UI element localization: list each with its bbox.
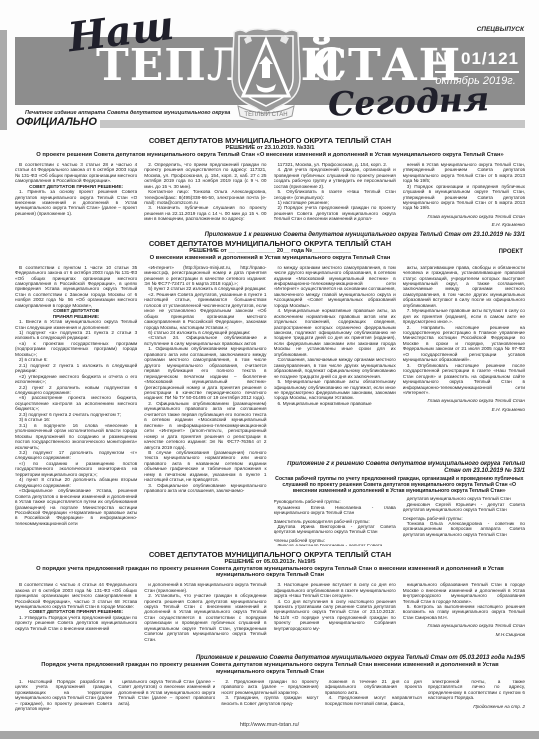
article-column: В соответствии с частью 4 статьи 44 Феде… xyxy=(15,582,137,652)
issue-number: № 01/121 xyxy=(435,49,519,73)
article-column: ложения в течение 21 дня со дня официаль… xyxy=(325,679,422,712)
appendix2-columns: Руководитель рабочей группы:Кузьменко Ел… xyxy=(274,496,526,545)
appendix-bottom-title: Порядок учета предложений граждан по про… xyxy=(35,662,505,676)
article3-header: СОВЕТ ДЕПУТАТОВ МУНИЦИПАЛЬНОГО ОКРУГА ТЕ… xyxy=(15,550,525,580)
article-column: В соответствии с пунктом 1 части 10 стат… xyxy=(15,265,137,546)
emblem-ribbon-text: ТЕПЛЫЙ СТАН xyxy=(244,110,287,118)
appendix2-applique: Приложение 2 к решению Совета депутатов … xyxy=(274,461,526,475)
issue-box: № 01/121 октябрь 2019г. xyxy=(435,49,519,87)
article-column: ципального округа Теплый Стан (далее – С… xyxy=(118,679,215,712)
article2-header: Приложение 1 к решению Совета депутатов … xyxy=(15,232,525,262)
article1-title: СОВЕТ ДЕПУТАТОВ МУНИЦИПАЛЬНОГО ОКРУГА ТЕ… xyxy=(15,136,525,145)
article2-right-half: го между органами местного самоуправлени… xyxy=(274,265,526,546)
scan-edge-artifact xyxy=(0,30,7,130)
article2-subtitle: РЕШЕНИЕ от __ ____________ 20__ года №__… xyxy=(15,248,525,255)
article1-description: О проекте решения Совета депутатов муниц… xyxy=(15,152,525,159)
special-issue-label: СПЕЦВЫПУСК xyxy=(477,26,524,33)
article-column: го между органами местного самоуправлени… xyxy=(274,265,396,461)
article-column: 1. Настоящий Порядок разработан в целях … xyxy=(15,679,112,712)
article1-subtitle: РЕШЕНИЕ от 23.10.2019. №33/1 xyxy=(15,145,525,152)
coat-of-arms-icon: ТЕПЛЫЙ СТАН xyxy=(226,26,306,129)
issue-date: октябрь 2019г. xyxy=(435,75,519,87)
article1-header: СОВЕТ ДЕПУТАТОВ МУНИЦИПАЛЬНОГО ОКРУГА ТЕ… xyxy=(15,136,525,159)
article-column: «Интернет» (http://pravo-minjust.ru, htt… xyxy=(144,265,266,546)
article-column: 2. Определить, что прием предложений гра… xyxy=(144,162,266,228)
appendix-bottom-columns: 1. Настоящий Порядок разработан в целях … xyxy=(15,679,525,712)
article2-body: В соответствии с пунктом 1 части 10 стат… xyxy=(15,265,525,546)
working-group-column: Руководитель рабочей группы:Кузьменко Ел… xyxy=(274,496,396,545)
page-title-word-1: ТЕПЛЫЙ xyxy=(96,44,343,88)
article-column: В соответствии с частью 3 статьи 28 и ча… xyxy=(15,162,137,228)
project-label: ПРОЕКТ xyxy=(499,249,523,255)
newspaper-page: { "masthead": { "special_label": "СПЕЦВЫ… xyxy=(0,0,539,739)
section-label: ОФИЦИАЛЬНО xyxy=(16,116,97,128)
article-column: 2. Предложения граждан по проекту правов… xyxy=(221,679,318,712)
footer-url: http://www.mun-tstan.ru/ xyxy=(0,722,539,728)
article-column: 117321, Москва, ул. Профсоюзная, д. 154,… xyxy=(274,162,396,228)
appendix-bottom-header: Приложение к решению Совета депутатов му… xyxy=(15,655,525,676)
article-column: нений в Устав муниципального округа Тепл… xyxy=(403,162,525,228)
footer-bar xyxy=(0,731,539,739)
article2-applique: Приложение 1 к решению Совета депутатов … xyxy=(15,232,525,239)
appendix2-block: Приложение 2 к решению Совета депутатов … xyxy=(274,461,526,546)
article3-columns: В соответствии с частью 4 статьи 44 Феде… xyxy=(15,582,525,652)
article2-title: СОВЕТ ДЕПУТАТОВ МУНИЦИПАЛЬНОГО ОКРУГА ТЕ… xyxy=(15,239,525,248)
article-column: акты, затрагивающие права, свободы и обя… xyxy=(403,265,525,461)
article3-subtitle: РЕШЕНИЕ от 05.03.2013г. №19/5 xyxy=(15,559,525,566)
article-column: электронной почты, а также представлятьс… xyxy=(428,679,525,712)
article-column: и дополнений в Устав муниципального окру… xyxy=(144,582,266,652)
article2-right-columns: го между органами местного самоуправлени… xyxy=(274,265,526,461)
article3-description: О порядке учета предложений граждан по п… xyxy=(35,566,505,580)
working-group-column: депутатов муниципального округа Теплый С… xyxy=(403,496,525,545)
article-column: 3. Настоящее решение вступает в силу со … xyxy=(274,582,396,652)
article2-description: О внесении изменений и дополнений в Уста… xyxy=(15,255,525,262)
page-content: СОВЕТ ДЕПУТАТОВ МУНИЦИПАЛЬНОГО ОКРУГА ТЕ… xyxy=(15,136,525,712)
appendix2-title: Состав рабочей группы по учету предложен… xyxy=(274,476,526,495)
article-column: ниципального образования Теплый Стан в г… xyxy=(403,582,525,652)
article2-left-half: В соответствии с пунктом 1 части 10 стат… xyxy=(15,265,267,546)
article3-title: СОВЕТ ДЕПУТАТОВ МУНИЦИПАЛЬНОГО ОКРУГА ТЕ… xyxy=(15,550,525,559)
article1-columns: В соответствии с частью 3 статьи 28 и ча… xyxy=(15,162,525,228)
section-divider-bar xyxy=(100,120,525,128)
